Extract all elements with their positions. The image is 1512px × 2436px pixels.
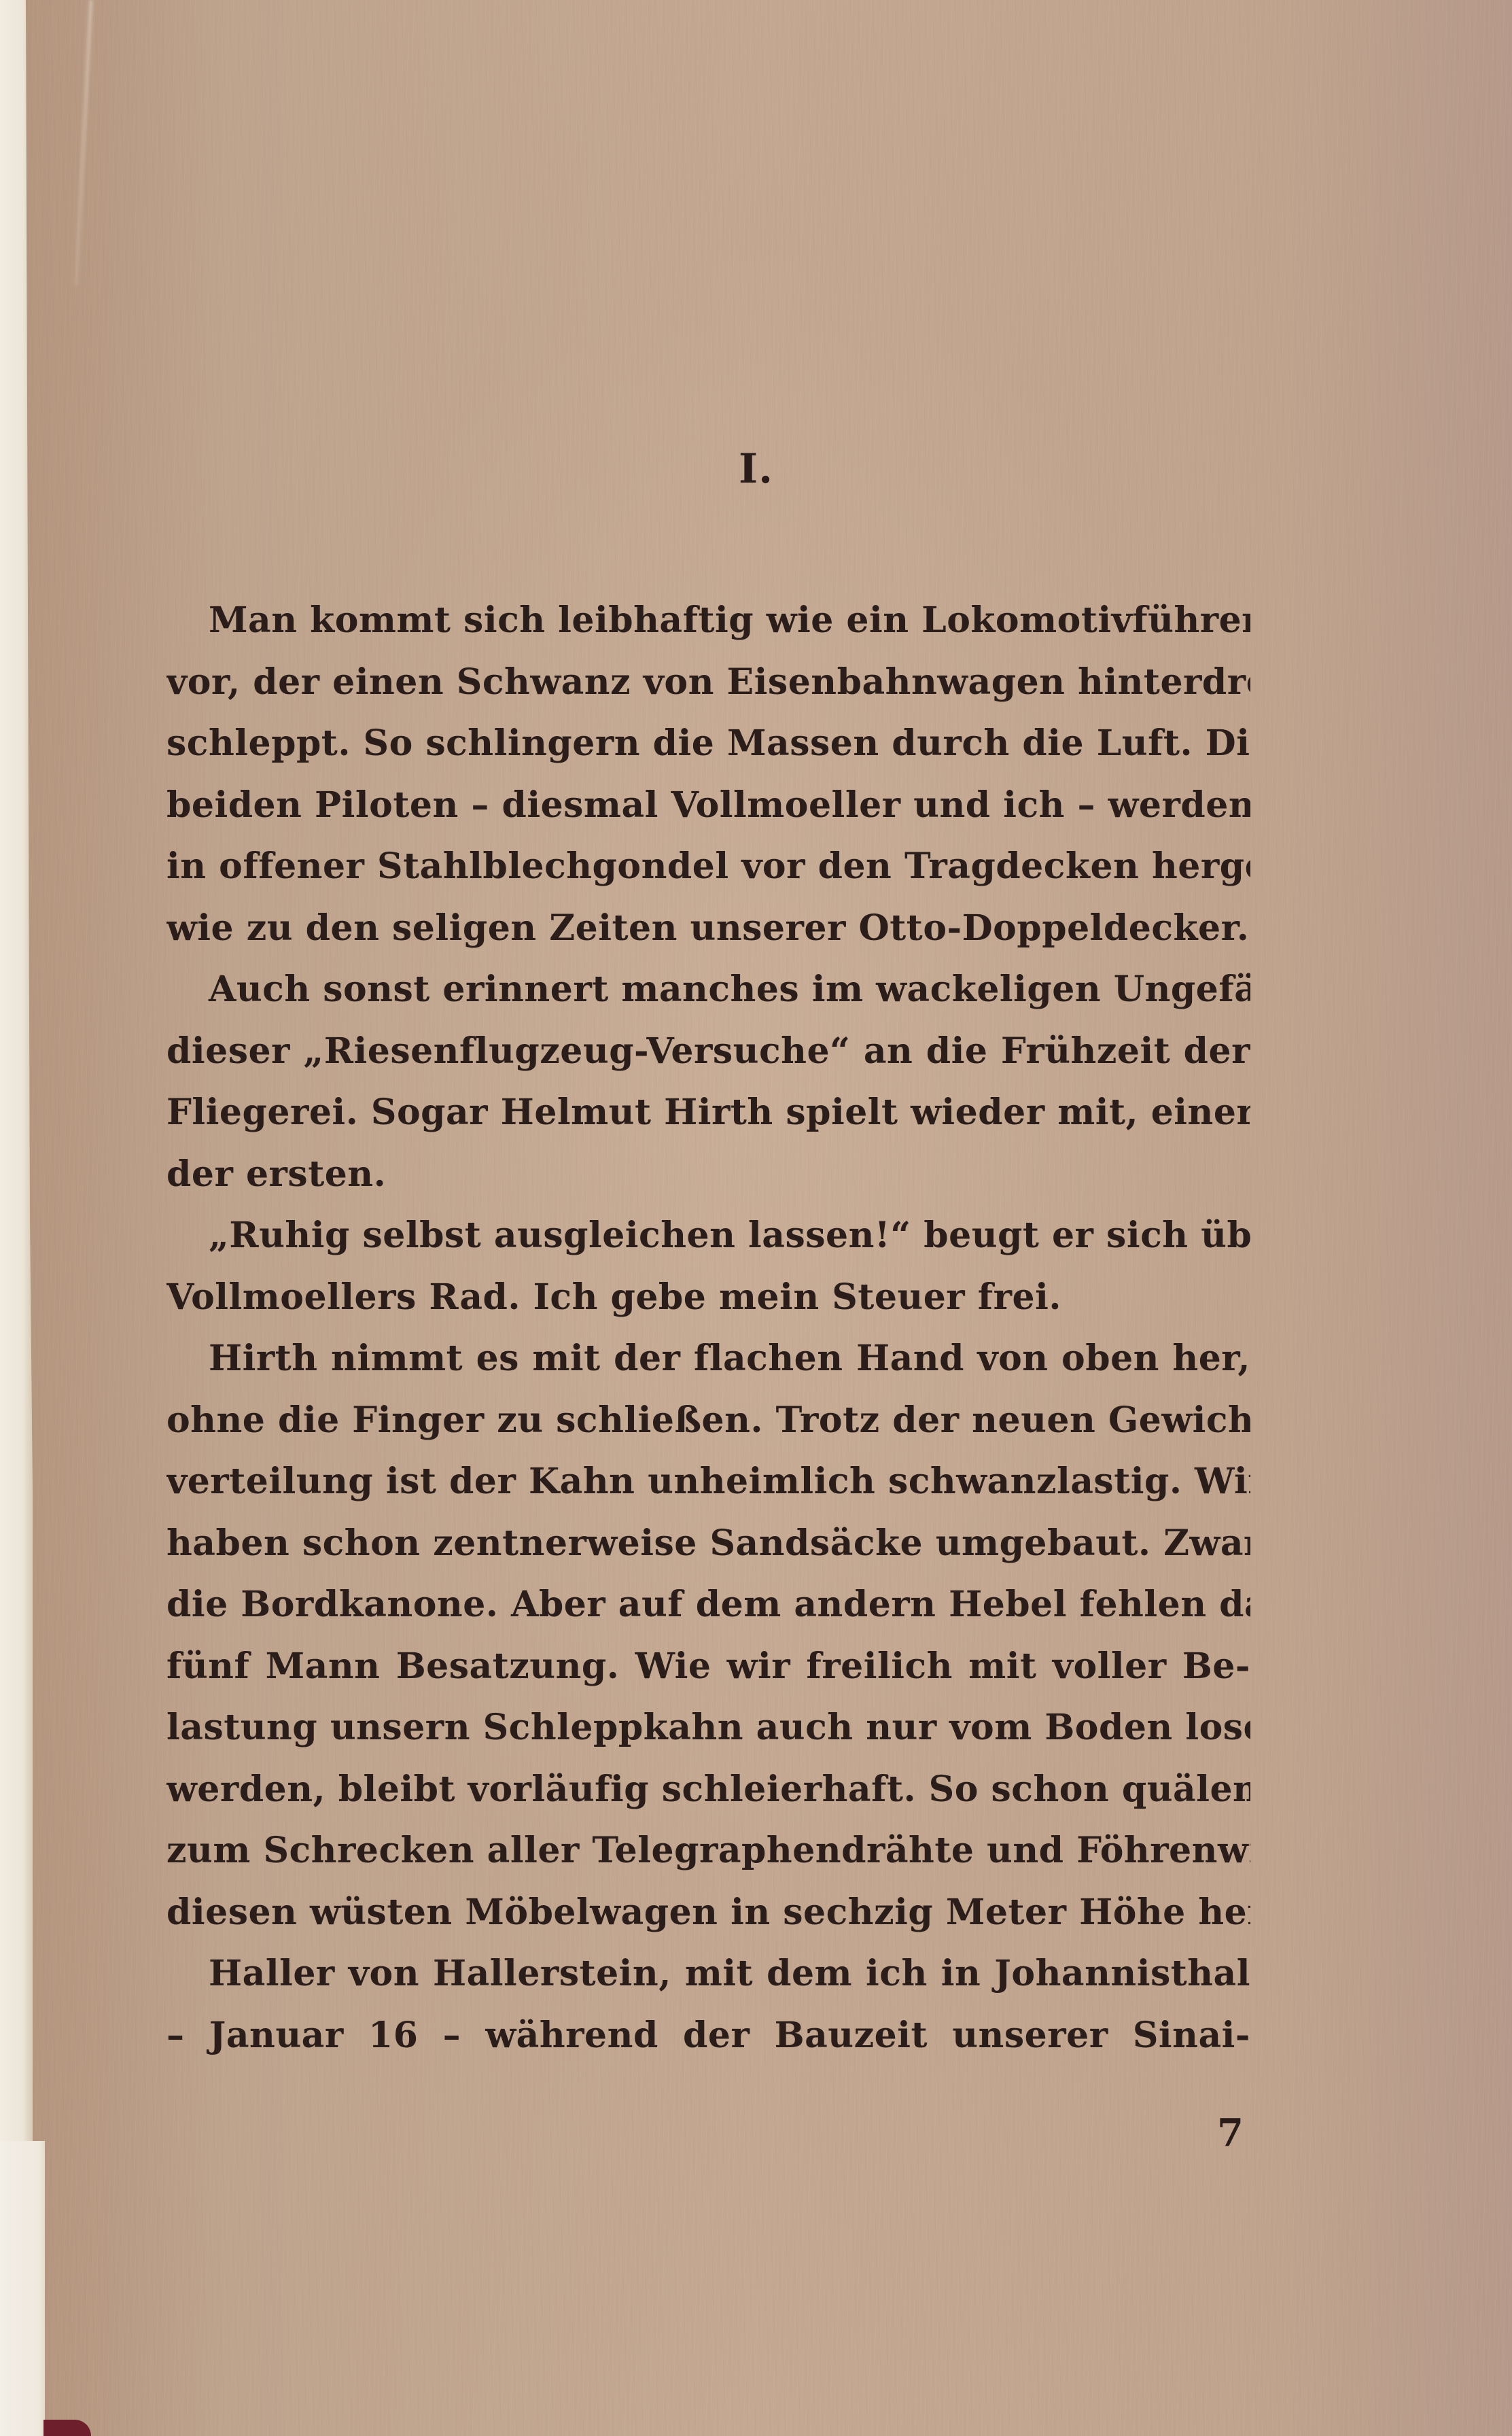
text-line: Fliegerei. Sogar Helmut Hirth spielt wie… <box>166 1082 1250 1144</box>
text-line: ohne die Finger zu schließen. Trotz der … <box>166 1390 1250 1452</box>
text-line: der ersten. <box>166 1144 1250 1206</box>
text-line: Man kommt sich leibhaftig wie ein Lokomo… <box>166 590 1250 652</box>
book-cover-edge <box>43 2420 91 2436</box>
text-line: dieser „Riesenflugzeug-Versuche“ an die … <box>166 1021 1250 1083</box>
text-line: Haller von Hallerstein, mit dem ich in J… <box>166 1943 1250 2005</box>
text-line: – Januar 16 – während der Bauzeit unsere… <box>166 2005 1250 2067</box>
book-page: I. Man kommt sich leibhaftig wie ein Lok… <box>0 0 1512 2436</box>
text-line: beiden Piloten – diesmal Vollmoeller und… <box>166 775 1250 837</box>
text-line: lastung unsern Schleppkahn auch nur vom … <box>166 1697 1250 1759</box>
text-line: wie zu den seligen Zeiten unserer Otto-D… <box>166 898 1250 960</box>
text-line: „Ruhig selbst ausgleichen lassen!“ beugt… <box>166 1205 1250 1267</box>
chapter-heading: I. <box>0 445 1512 493</box>
text-line: haben schon zentnerweise Sandsäcke umgeb… <box>166 1513 1250 1575</box>
page-edge-strip <box>0 0 33 2436</box>
text-line: verteilung ist der Kahn unheimlich schwa… <box>166 1451 1250 1513</box>
page-number: 7 <box>1203 2110 1244 2155</box>
text-line: werden, bleibt vorläufig schleierhaft. S… <box>166 1759 1250 1821</box>
paper-crease <box>74 0 93 285</box>
text-line: zum Schrecken aller Telegraphendrähte un… <box>166 1820 1250 1882</box>
text-line: Vollmoellers Rad. Ich gebe mein Steuer f… <box>166 1267 1250 1329</box>
text-line: vor, der einen Schwanz von Eisenbahnwage… <box>166 652 1250 714</box>
text-line: diesen wüsten Möbelwagen in sechzig Mete… <box>166 1882 1250 1944</box>
text-line: fünf Mann Besatzung. Wie wir freilich mi… <box>166 1636 1250 1698</box>
body-text: Man kommt sich leibhaftig wie ein Lokomo… <box>166 590 1250 2066</box>
text-line: Auch sonst erinnert manches im wackelige… <box>166 959 1250 1021</box>
text-line: schleppt. So schlingern die Massen durch… <box>166 713 1250 775</box>
text-line: Hirth nimmt es mit der flachen Hand von … <box>166 1328 1250 1390</box>
page-edge-strip-bottom <box>0 2141 45 2436</box>
text-line: die Bordkanone. Aber auf dem andern Hebe… <box>166 1574 1250 1636</box>
text-line: in offener Stahlblechgondel vor den Trag… <box>166 836 1250 898</box>
